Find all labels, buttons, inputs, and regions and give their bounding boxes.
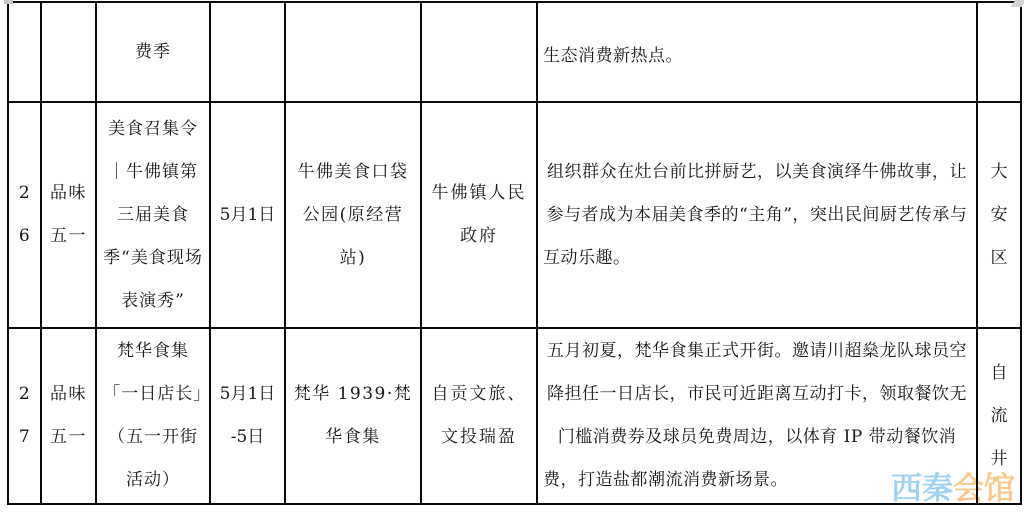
cell-partial-event-fragment: 费季 [96,2,210,102]
cell-26-no: 26 [8,102,41,328]
events-table: 费季 生态消费新热点。 26 品味五一 美食召集令｜牛佛镇第三届美食季“美食现场… [7,1,1022,505]
cell-27-date: 5月1日 -5日 [210,328,285,504]
table-row-partial: 费季 生态消费新热点。 [8,2,1021,102]
screenshot-edge-artifact-left [4,0,13,4]
cell-26-category: 品味五一 [41,102,96,328]
cell-partial-category [41,2,96,102]
cell-26-district: 大安区 [977,102,1021,328]
table-row-26: 26 品味五一 美食召集令｜牛佛镇第三届美食季“美食现场表演秀” 5月1日 牛佛… [8,102,1021,328]
cell-27-event: 梵华食集「一日店长」（五一开街活动） [96,328,210,504]
cell-partial-venue [285,2,421,102]
table-row-27: 27 品味五一 梵华食集「一日店长」（五一开街活动） 5月1日 -5日 梵华 1… [8,328,1021,504]
cell-26-organizer: 牛佛镇人民政府 [421,102,537,328]
cell-partial-date [210,2,285,102]
document-page: 西秦会馆 费季 生态消费新热点。 26 品味五一 美食召集令｜牛佛镇第三届美 [0,0,1024,515]
cell-27-venue: 梵华 1939·梵华食集 [285,328,421,504]
cell-27-description: 五月初夏，梵华食集正式开街。邀请川超燊龙队球员空降担任一日店长，市民可近距离互动… [537,328,977,504]
cell-27-no: 27 [8,328,41,504]
cell-partial-description-fragment: 生态消费新热点。 [537,2,977,102]
cell-partial-organizer [421,2,537,102]
cell-27-organizer: 自贡文旅、文投瑞盈 [421,328,537,504]
cell-partial-district [977,2,1021,102]
cell-27-district: 自流井 [977,328,1021,504]
cell-26-venue: 牛佛美食口袋公园(原经营站) [285,102,421,328]
cell-26-description: 组织群众在灶台前比拼厨艺，以美食演绎牛佛故事，让参与者成为本届美食季的“主角”，… [537,102,977,328]
cell-26-event: 美食召集令｜牛佛镇第三届美食季“美食现场表演秀” [96,102,210,328]
cell-27-category: 品味五一 [41,328,96,504]
cell-partial-no [8,2,41,102]
cell-26-date: 5月1日 [210,102,285,328]
